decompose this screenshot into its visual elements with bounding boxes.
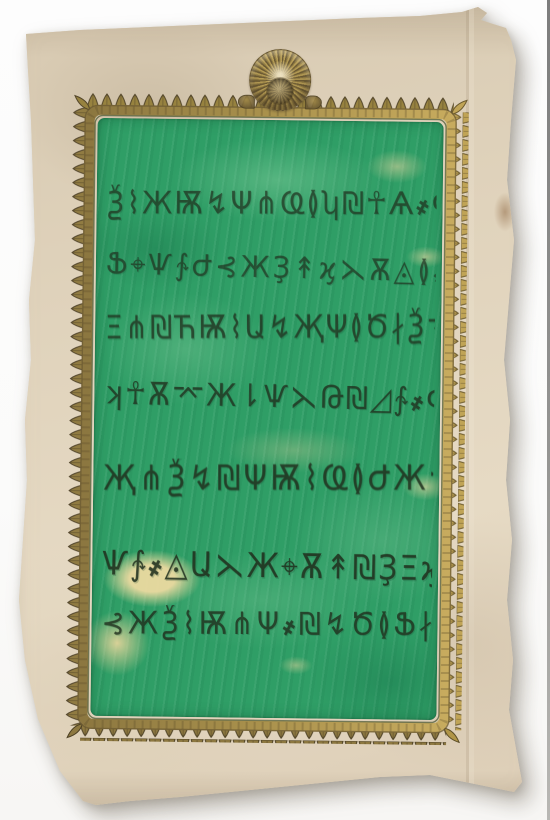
fringe-corner xyxy=(67,724,82,738)
rosette-leaf-tuft xyxy=(305,95,322,109)
photo-background: Ѯ⌇ЖѬ↯Ψ⋔Ҩ≬ʮ₪☥Ѧ҂Ф Ֆ⌖Ѱ∱Ժ⊰ЖҘ↟ϗ⋋Ѫ◬≬҂ Ξ⋔₪ЋѬ⌇Ա↯… xyxy=(0,0,550,820)
gold-band-texture xyxy=(82,110,451,728)
paper-shadow: Ѯ⌇ЖѬ↯Ψ⋔Ҩ≬ʮ₪☥Ѧ҂Ф Ֆ⌖Ѱ∱Ժ⊰ЖҘ↟ϗ⋋Ѫ◬≬҂ Ξ⋔₪ЋѬ⌇Ա↯… xyxy=(0,0,550,820)
gold-band xyxy=(82,110,451,728)
fringe-corner xyxy=(452,100,467,114)
gold-fringe-border xyxy=(64,92,470,747)
paper-sheet: Ѯ⌇ЖѬ↯Ψ⋔Ҩ≬ʮ₪☥Ѧ҂Ф Ֆ⌖Ѱ∱Ժ⊰ЖҘ↟ϗ⋋Ѫ◬≬҂ Ξ⋔₪ЋѬ⌇Ա↯… xyxy=(0,0,550,820)
gold-band-inner-line xyxy=(88,115,446,722)
gold-frame: Ѯ⌇ЖѬ↯Ψ⋔Ҩ≬ʮ₪☥Ѧ҂Ф Ֆ⌖Ѱ∱Ժ⊰ЖҘ↟ϗ⋋Ѫ◬≬҂ Ξ⋔₪ЋѬ⌇Ա↯… xyxy=(64,92,470,747)
rosette-core xyxy=(267,78,293,104)
rosette-medallion xyxy=(249,49,312,112)
gold-band-outer-line xyxy=(78,105,457,732)
rosette-leaf-tuft xyxy=(238,95,255,109)
